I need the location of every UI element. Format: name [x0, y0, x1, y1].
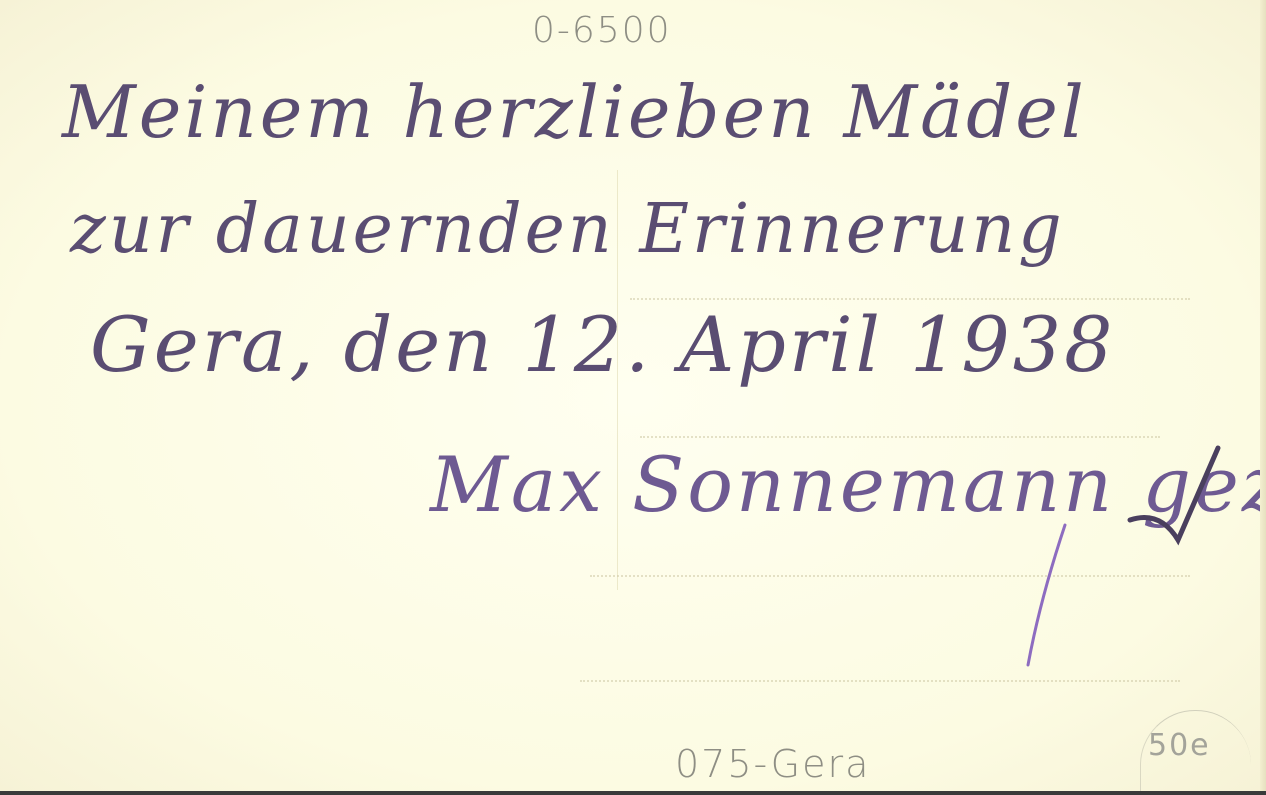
address-line: [640, 436, 1160, 438]
price-mark: 50e: [1148, 728, 1211, 763]
signature-descender-icon: [1020, 520, 1080, 680]
signature-flourish-icon: [1120, 440, 1230, 560]
archive-number: 0-6500: [532, 10, 672, 51]
card-right-edge: [1260, 0, 1266, 795]
address-line: [590, 575, 1190, 577]
place-date-line: Gera, den 12. April 1938: [90, 300, 1115, 389]
scan-bottom-edge: [0, 791, 1266, 795]
catalog-label: 075-Gera: [675, 742, 870, 786]
dedication-line-2: zur dauernden Erinnerung: [70, 190, 1065, 269]
address-line: [580, 680, 1180, 682]
postcard-back: 0-6500 Meinem herzlieben Mädel zur dauer…: [0, 0, 1266, 795]
dedication-line-1: Meinem herzlieben Mädel: [62, 70, 1087, 154]
